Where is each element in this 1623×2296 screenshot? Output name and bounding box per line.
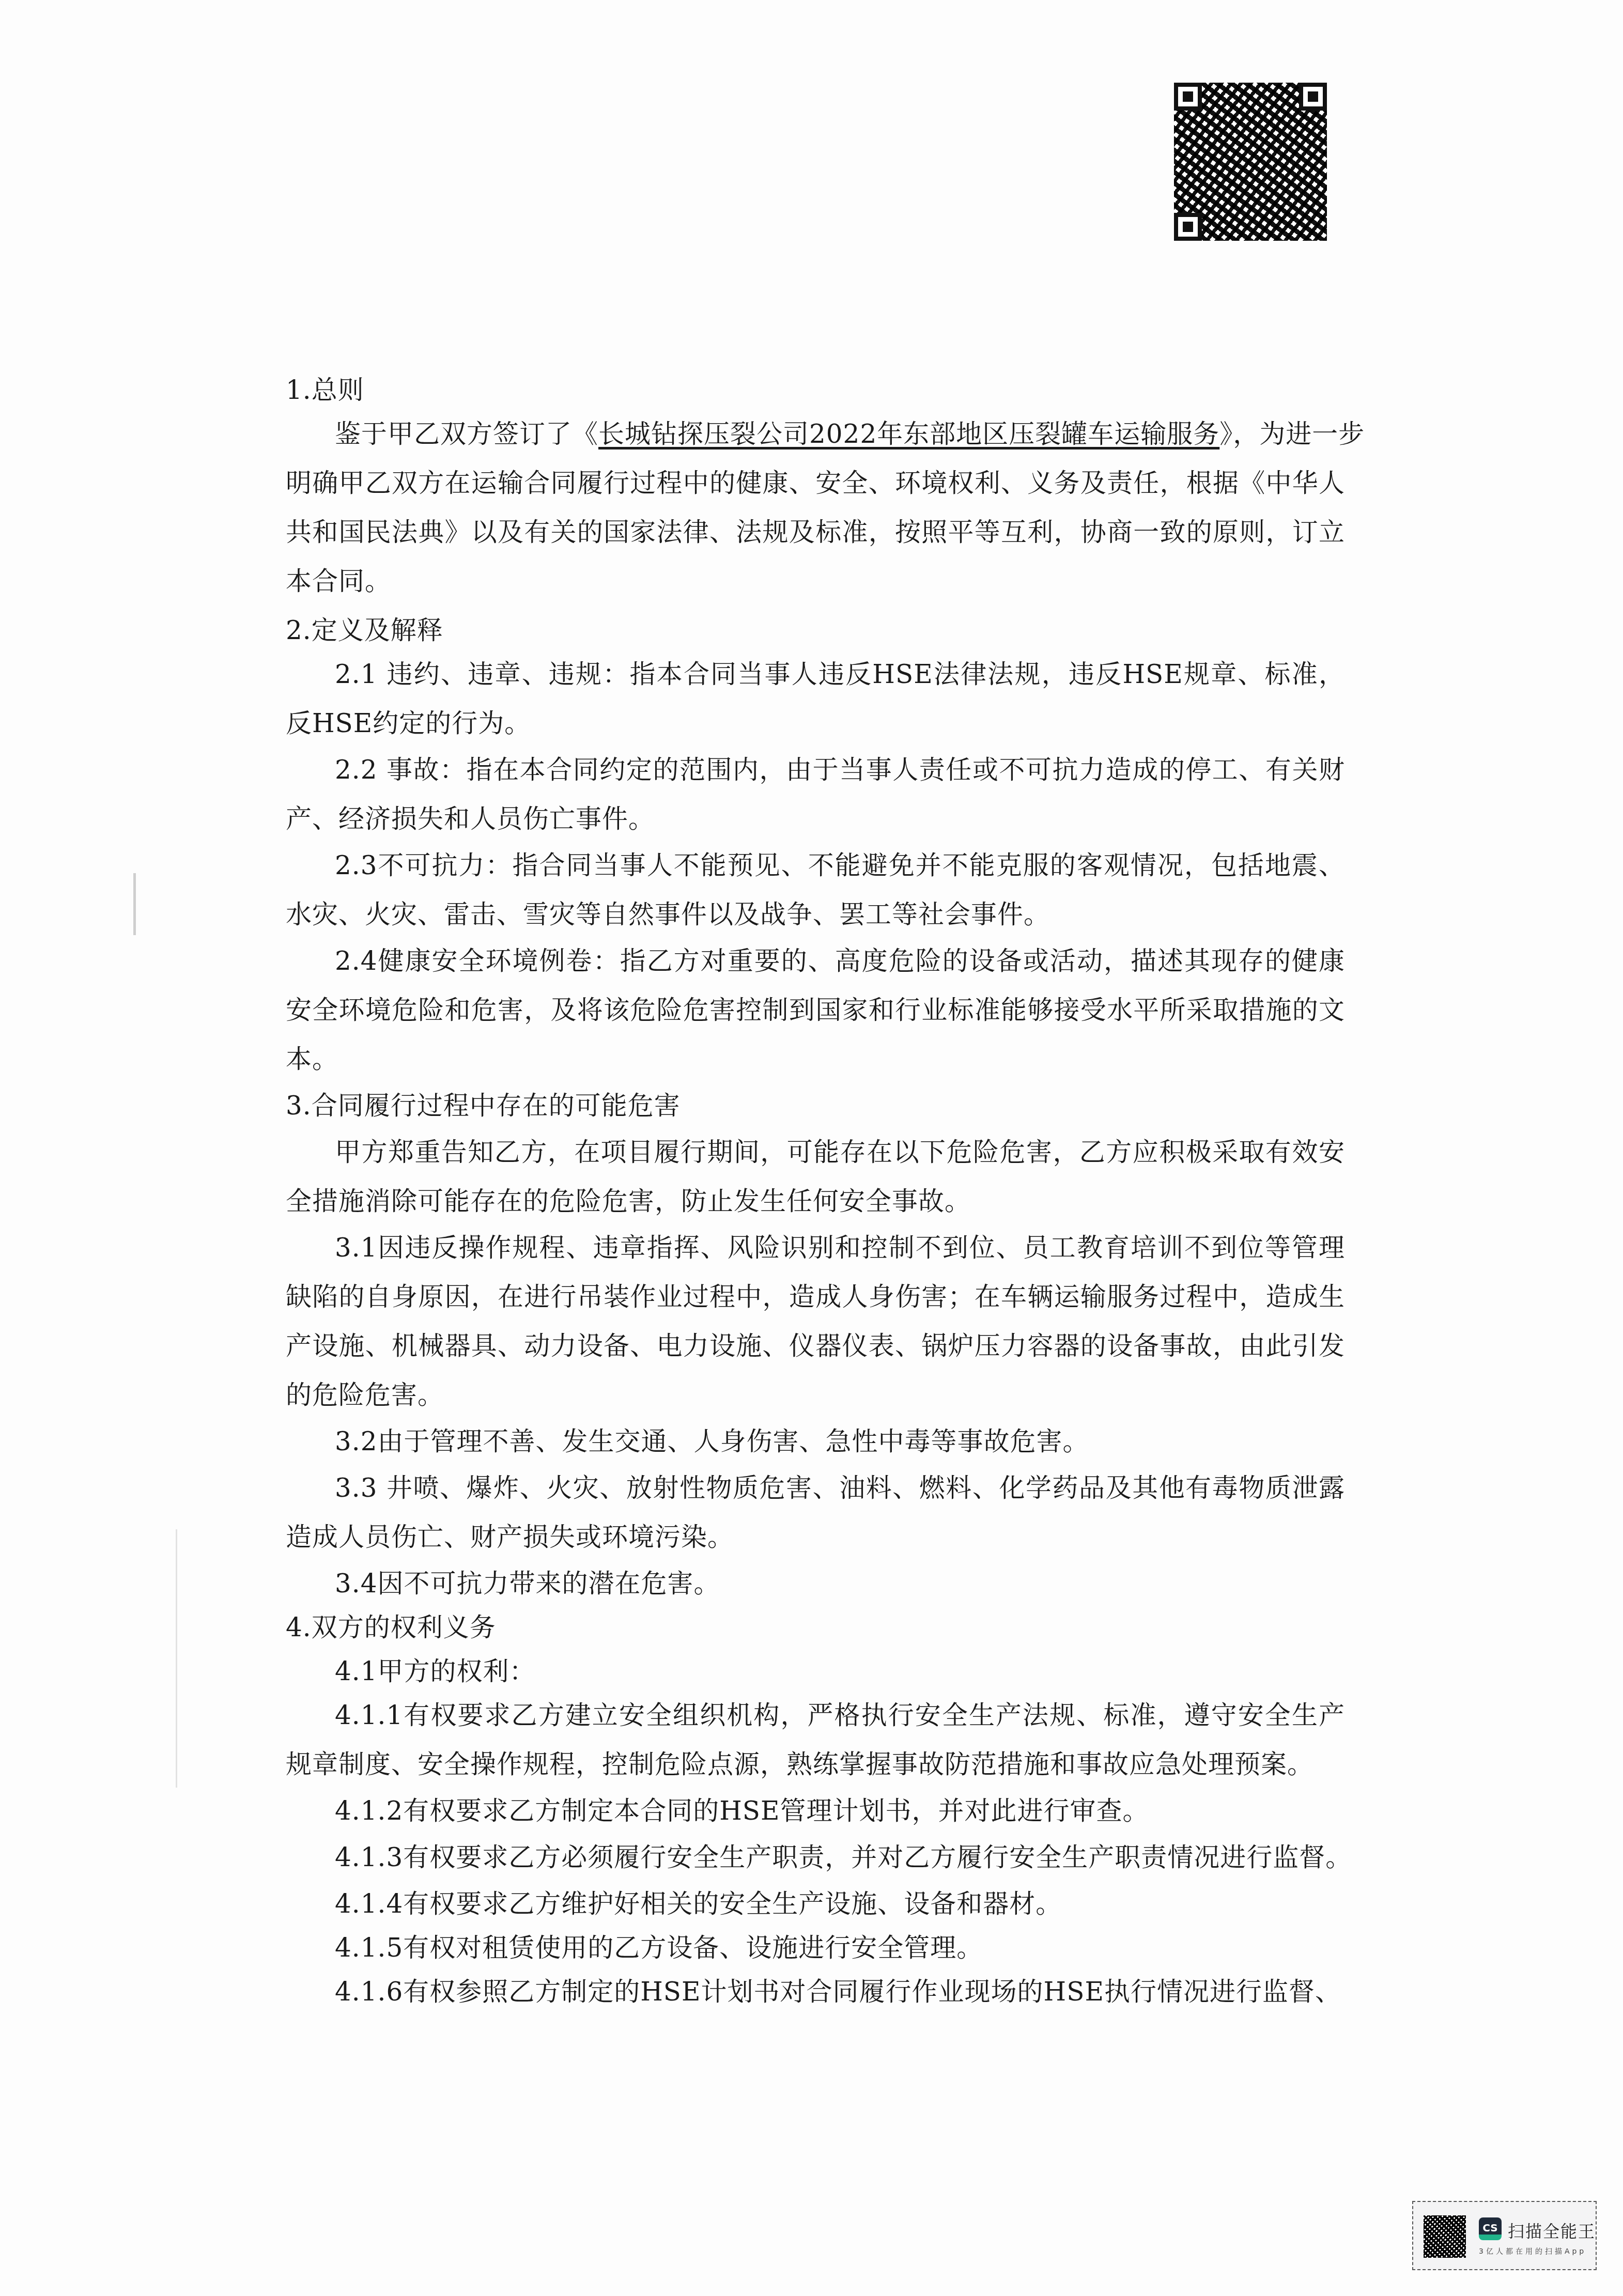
paragraph-line: 全措施消除可能存在的危险危害，防止发生任何安全事故。 [286,1183,1345,1219]
scanned-page: 1.总则 鉴于甲乙双方签订了《长城钻探压裂公司2022年东部地区压裂罐车运输服务… [0,0,1623,2296]
paragraph-line: 鉴于甲乙双方签订了《长城钻探压裂公司2022年东部地区压裂罐车运输服务》，为进一… [335,416,1394,452]
paragraph-line: 2.4健康安全环境例卷：指乙方对重要的、高度危险的设备或活动，描述其现存的健康 [335,943,1345,979]
camscanner-watermark: CS 扫描全能王 3亿人都在用的扫描App [1412,2201,1597,2270]
watermark-tagline: 3亿人都在用的扫描App [1479,2246,1586,2256]
paragraph-line: 4.1.3有权要求乙方必须履行安全生产职责，并对乙方履行安全生产职责情况进行监督… [335,1839,1394,1875]
paragraph-line: 4.1.1有权要求乙方建立安全组织机构，严格执行安全生产法规、标准，遵守安全生产 [335,1697,1345,1733]
section-1-title: 1.总则 [286,372,1345,408]
section-2-title: 2.定义及解释 [286,612,1345,648]
paragraph-line: 产、经济损失和人员伤亡事件。 [286,801,1345,837]
paragraph-line: 4.1.6有权参照乙方制定的HSE计划书对合同履行作业现场的HSE执行情况进行监… [335,1974,1394,2010]
paragraph-line: 本。 [286,1041,1345,1077]
paragraph-line: 4.1.4有权要求乙方维护好相关的安全生产设施、设备和器材。 [335,1886,1394,1922]
qr-finder-icon [1299,83,1327,111]
paragraph-line: 2.1 违约、违章、违规：指本合同当事人违反HSE法律法规，违反HSE规章、标准… [335,656,1345,692]
paragraph-line: 3.2由于管理不善、发生交通、人身伤害、急性中毒等事故危害。 [335,1423,1394,1460]
paragraph-line: 4.1.5有权对租赁使用的乙方设备、设施进行安全管理。 [335,1930,1394,1966]
qr-finder-icon [1174,83,1202,111]
paragraph-line: 产设施、机械器具、动力设备、电力设施、仪器仪表、锅炉压力容器的设备事故，由此引发 [286,1328,1345,1364]
paragraph-line: 缺陷的自身原因，在进行吊装作业过程中，造成人身伤害；在车辆运输服务过程中，造成生 [286,1279,1345,1315]
camscanner-logo-icon: CS [1479,2217,1502,2240]
paragraph-line: 安全环境危险和危害，及将该危险危害控制到国家和行业标准能够接受水平所采取措施的文 [286,992,1345,1028]
paragraph-line: 规章制度、安全操作规程，控制危险点源，熟练掌握事故防范措施和事故应急处理预案。 [286,1746,1345,1782]
paragraph-line: 本合同。 [286,563,1345,599]
scan-artifact [176,1529,177,1788]
paragraph-line: 造成人员伤亡、财产损失或环境污染。 [286,1519,1345,1555]
paragraph-line: 4.1.2有权要求乙方制定本合同的HSE管理计划书，并对此进行审查。 [335,1793,1394,1829]
text: 》，为进一步 [1219,419,1365,449]
qr-code [1174,83,1327,241]
paragraph-line: 明确甲乙双方在运输合同履行过程中的健康、安全、环境权利、义务及责任，根据《中华人… [286,465,1345,501]
paragraph-line: 3.4因不可抗力带来的潜在危害。 [335,1565,1394,1602]
contract-title: 长城钻探压裂公司2022年东部地区压裂罐车运输服务 [598,419,1219,449]
paragraph-line: 甲方郑重告知乙方，在项目履行期间，可能存在以下危险危害，乙方应积极采取有效安 [335,1134,1345,1170]
paragraph-line: 共和国民法典》以及有关的国家法律、法规及标准，按照平等互利，协商一致的原则，订立 [286,514,1345,550]
paragraph-line: 3.1因违反操作规程、违章指挥、风险识别和控制不到位、员工教育培训不到位等管理 [335,1230,1345,1266]
subsection-title: 4.1甲方的权利： [335,1653,1394,1689]
section-4-title: 4.双方的权利义务 [286,1609,1345,1646]
section-3-title: 3.合同履行过程中存在的可能危害 [286,1088,1345,1124]
watermark-qr-icon [1424,2215,1466,2258]
paragraph-line: 2.2 事故：指在本合同约定的范围内，由于当事人责任或不可抗力造成的停工、有关财 [335,752,1345,788]
paragraph-line: 水灾、火灾、雷击、雪灾等自然事件以及战争、罢工等社会事件。 [286,896,1345,933]
paragraph-line: 3.3 井喷、爆炸、火灾、放射性物质危害、油料、燃料、化学药品及其他有毒物质泄露 [335,1470,1345,1506]
text: 鉴于甲乙双方签订了《 [335,419,598,449]
paragraph-line: 2.3不可抗力：指合同当事人不能预见、不能避免并不能克服的客观情况，包括地震、 [335,847,1345,883]
scan-artifact [133,873,136,935]
paragraph-line: 反HSE约定的行为。 [286,705,1345,741]
watermark-app-name: 扫描全能王 [1508,2219,1596,2242]
paragraph-line: 的危险危害。 [286,1377,1345,1413]
qr-finder-icon [1174,213,1202,241]
